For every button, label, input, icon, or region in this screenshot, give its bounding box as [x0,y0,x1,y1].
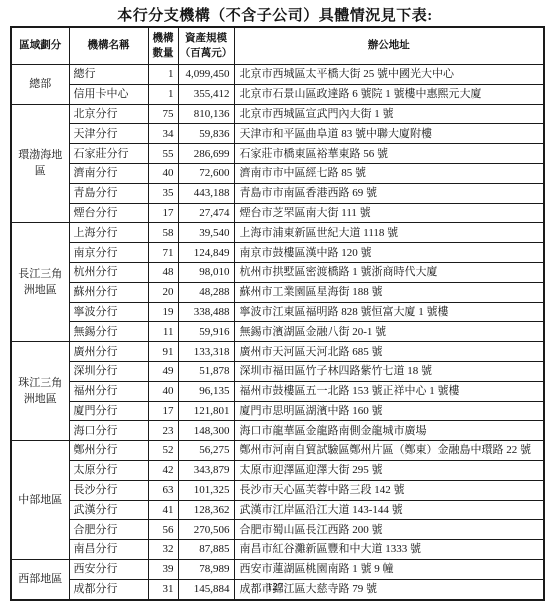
branch-name-cell: 長沙分行 [69,480,148,500]
branch-count-cell: 20 [148,282,178,302]
branch-count-cell: 1 [148,84,178,104]
office-address-cell: 寧波市江東區福明路 828 號恒富大廈 1 號樓 [234,302,544,322]
table-caption: 本行分支機構（不含子公司）具體情況見下表: [0,4,550,25]
branch-name-cell: 總行 [69,65,148,85]
table-row: 長沙分行63101,325長沙市天心區芙蓉中路三段 142 號 [11,480,544,500]
asset-scale-cell: 78,989 [178,559,234,579]
page-number: 127 [0,581,550,593]
office-address-cell: 海口市龍華區金龍路南側金龍城市廣場 [234,421,544,441]
region-cell: 總部 [11,65,69,105]
asset-scale-cell: 56,275 [178,441,234,461]
office-address-cell: 青島市市南區香港西路 69 號 [234,183,544,203]
branch-count-cell: 52 [148,441,178,461]
branch-count-cell: 1 [148,65,178,85]
table-row: 福州分行4096,135福州市鼓樓區五一北路 153 號正祥中心 1 號樓 [11,381,544,401]
table-row: 南昌分行3287,885南昌市紅谷灘新區豐和中大道 1333 號 [11,540,544,560]
office-address-cell: 西安市蓮湖區桃園南路 1 號 9 幢 [234,559,544,579]
region-cell: 長江三角洲地區 [11,223,69,342]
office-address-cell: 合肥市蜀山區長江西路 200 號 [234,520,544,540]
asset-scale-cell: 286,699 [178,144,234,164]
header-region: 區域劃分 [11,27,69,65]
office-address-cell: 上海市浦東新區世紀大道 1118 號 [234,223,544,243]
region-cell: 珠江三角洲地區 [11,342,69,441]
branch-name-cell: 濟南分行 [69,163,148,183]
branch-count-cell: 75 [148,104,178,124]
document-page: 本行分支機構（不含子公司）具體情況見下表: 區域劃分 機構名稱 機構 數量 資產… [0,0,550,603]
branch-count-cell: 49 [148,361,178,381]
asset-scale-cell: 128,362 [178,500,234,520]
table-row: 武漢分行41128,362武漢市江岸區沿江大道 143-144 號 [11,500,544,520]
branch-name-cell: 天津分行 [69,124,148,144]
office-address-cell: 無錫市濱湖區金融八街 20-1 號 [234,322,544,342]
region-cell: 環渤海地區 [11,104,69,223]
branch-count-cell: 17 [148,203,178,223]
table-row: 濟南分行4072,600濟南市市中區經七路 85 號 [11,163,544,183]
table-row: 杭州分行4898,010杭州市拱墅區密渡橋路 1 號浙商時代大廈 [11,262,544,282]
branch-count-cell: 32 [148,540,178,560]
table-row: 合肥分行56270,506合肥市蜀山區長江西路 200 號 [11,520,544,540]
branch-name-cell: 信用卡中心 [69,84,148,104]
office-address-cell: 武漢市江岸區沿江大道 143-144 號 [234,500,544,520]
branch-count-cell: 71 [148,243,178,263]
asset-scale-cell: 124,849 [178,243,234,263]
table-row: 環渤海地區北京分行75810,136北京市西城區宣武門內大街 1 號 [11,104,544,124]
header-office-address: 辦公地址 [234,27,544,65]
region-cell: 中部地區 [11,441,69,560]
branch-name-cell: 上海分行 [69,223,148,243]
table-row: 太原分行42343,879太原市迎澤區迎澤大街 295 號 [11,460,544,480]
branch-name-cell: 石家莊分行 [69,144,148,164]
branch-count-cell: 34 [148,124,178,144]
office-address-cell: 北京市西城區太平橋大街 25 號中國光大中心 [234,65,544,85]
asset-scale-cell: 59,836 [178,124,234,144]
branch-name-cell: 蘇州分行 [69,282,148,302]
asset-scale-cell: 355,412 [178,84,234,104]
asset-scale-cell: 338,488 [178,302,234,322]
branch-name-cell: 南京分行 [69,243,148,263]
office-address-cell: 濟南市市中區經七路 85 號 [234,163,544,183]
asset-scale-cell: 148,300 [178,421,234,441]
asset-scale-cell: 27,474 [178,203,234,223]
office-address-cell: 蘇州市工業園區星海街 188 號 [234,282,544,302]
office-address-cell: 深圳市福田區竹子林四路紫竹七道 18 號 [234,361,544,381]
asset-scale-cell: 87,885 [178,540,234,560]
branch-name-cell: 西安分行 [69,559,148,579]
branch-count-cell: 39 [148,559,178,579]
branch-count-cell: 17 [148,401,178,421]
table-row: 無錫分行1159,916無錫市濱湖區金融八街 20-1 號 [11,322,544,342]
asset-scale-cell: 133,318 [178,342,234,362]
region-cell: 西部地區 [11,559,69,599]
branch-count-cell: 58 [148,223,178,243]
table-row: 深圳分行4951,878深圳市福田區竹子林四路紫竹七道 18 號 [11,361,544,381]
branch-name-cell: 杭州分行 [69,262,148,282]
branch-count-cell: 41 [148,500,178,520]
branch-count-cell: 35 [148,183,178,203]
table-row: 寧波分行19338,488寧波市江東區福明路 828 號恒富大廈 1 號樓 [11,302,544,322]
branch-count-cell: 19 [148,302,178,322]
table-row: 南京分行71124,849南京市鼓樓區漢中路 120 號 [11,243,544,263]
branch-name-cell: 無錫分行 [69,322,148,342]
branch-count-cell: 11 [148,322,178,342]
asset-scale-cell: 48,288 [178,282,234,302]
branch-count-cell: 63 [148,480,178,500]
asset-scale-cell: 121,801 [178,401,234,421]
table-row: 西部地區西安分行3978,989西安市蓮湖區桃園南路 1 號 9 幢 [11,559,544,579]
table-row: 海口分行23148,300海口市龍華區金龍路南側金龍城市廣場 [11,421,544,441]
branch-name-cell: 武漢分行 [69,500,148,520]
asset-scale-cell: 343,879 [178,460,234,480]
office-address-cell: 煙台市芝罘區南大街 111 號 [234,203,544,223]
office-address-cell: 石家莊市橋東區裕華東路 56 號 [234,144,544,164]
table-row: 珠江三角洲地區廣州分行91133,318廣州市天河區天河北路 685 號 [11,342,544,362]
office-address-cell: 長沙市天心區芙蓉中路三段 142 號 [234,480,544,500]
branch-name-cell: 煙台分行 [69,203,148,223]
asset-scale-cell: 39,540 [178,223,234,243]
branch-name-cell: 福州分行 [69,381,148,401]
table-row: 廈門分行17121,801廈門市思明區湖濱中路 160 號 [11,401,544,421]
office-address-cell: 福州市鼓樓區五一北路 153 號正祥中心 1 號樓 [234,381,544,401]
branch-count-cell: 23 [148,421,178,441]
office-address-cell: 南昌市紅谷灘新區豐和中大道 1333 號 [234,540,544,560]
office-address-cell: 天津市和平區曲阜道 83 號中聯大廈附樓 [234,124,544,144]
office-address-cell: 廈門市思明區湖濱中路 160 號 [234,401,544,421]
branch-count-cell: 91 [148,342,178,362]
branch-table-header: 區域劃分 機構名稱 機構 數量 資產規模 （百萬元） 辦公地址 [11,27,544,65]
branch-name-cell: 廈門分行 [69,401,148,421]
table-row: 總部總行14,099,450北京市西城區太平橋大街 25 號中國光大中心 [11,65,544,85]
branch-count-cell: 40 [148,163,178,183]
table-row: 青島分行35443,188青島市市南區香港西路 69 號 [11,183,544,203]
header-asset-scale: 資產規模 （百萬元） [178,27,234,65]
branch-count-cell: 48 [148,262,178,282]
table-row: 煙台分行1727,474煙台市芝罘區南大街 111 號 [11,203,544,223]
office-address-cell: 南京市鼓樓區漢中路 120 號 [234,243,544,263]
table-row: 信用卡中心1355,412北京市石景山區政達路 6 號院 1 號樓中惠熙元大廈 [11,84,544,104]
office-address-cell: 北京市石景山區政達路 6 號院 1 號樓中惠熙元大廈 [234,84,544,104]
header-branch-count: 機構 數量 [148,27,178,65]
branch-name-cell: 海口分行 [69,421,148,441]
branch-count-cell: 42 [148,460,178,480]
branch-name-cell: 鄭州分行 [69,441,148,461]
branch-count-cell: 55 [148,144,178,164]
branch-name-cell: 南昌分行 [69,540,148,560]
branch-table: 區域劃分 機構名稱 機構 數量 資產規模 （百萬元） 辦公地址 總部總行14,0… [10,26,545,601]
table-row: 蘇州分行2048,288蘇州市工業園區星海街 188 號 [11,282,544,302]
table-row: 天津分行3459,836天津市和平區曲阜道 83 號中聯大廈附樓 [11,124,544,144]
branch-count-cell: 56 [148,520,178,540]
asset-scale-cell: 98,010 [178,262,234,282]
office-address-cell: 太原市迎澤區迎澤大街 295 號 [234,460,544,480]
table-row: 中部地區鄭州分行5256,275鄭州市河南自貿試驗區鄭州片區（鄭東）金融島中環路… [11,441,544,461]
header-row: 區域劃分 機構名稱 機構 數量 資產規模 （百萬元） 辦公地址 [11,27,544,65]
office-address-cell: 廣州市天河區天河北路 685 號 [234,342,544,362]
branch-table-body: 總部總行14,099,450北京市西城區太平橋大街 25 號中國光大中心信用卡中… [11,65,544,600]
header-branch-name: 機構名稱 [69,27,148,65]
asset-scale-cell: 96,135 [178,381,234,401]
branch-name-cell: 青島分行 [69,183,148,203]
asset-scale-cell: 59,916 [178,322,234,342]
asset-scale-cell: 4,099,450 [178,65,234,85]
office-address-cell: 杭州市拱墅區密渡橋路 1 號浙商時代大廈 [234,262,544,282]
table-row: 長江三角洲地區上海分行5839,540上海市浦東新區世紀大道 1118 號 [11,223,544,243]
asset-scale-cell: 810,136 [178,104,234,124]
asset-scale-cell: 443,188 [178,183,234,203]
branch-name-cell: 深圳分行 [69,361,148,381]
table-row: 石家莊分行55286,699石家莊市橋東區裕華東路 56 號 [11,144,544,164]
asset-scale-cell: 270,506 [178,520,234,540]
office-address-cell: 北京市西城區宣武門內大街 1 號 [234,104,544,124]
office-address-cell: 鄭州市河南自貿試驗區鄭州片區（鄭東）金融島中環路 22 號 [234,441,544,461]
asset-scale-cell: 101,325 [178,480,234,500]
branch-name-cell: 寧波分行 [69,302,148,322]
branch-name-cell: 太原分行 [69,460,148,480]
branch-name-cell: 北京分行 [69,104,148,124]
branch-name-cell: 廣州分行 [69,342,148,362]
asset-scale-cell: 51,878 [178,361,234,381]
branch-name-cell: 合肥分行 [69,520,148,540]
branch-count-cell: 40 [148,381,178,401]
asset-scale-cell: 72,600 [178,163,234,183]
